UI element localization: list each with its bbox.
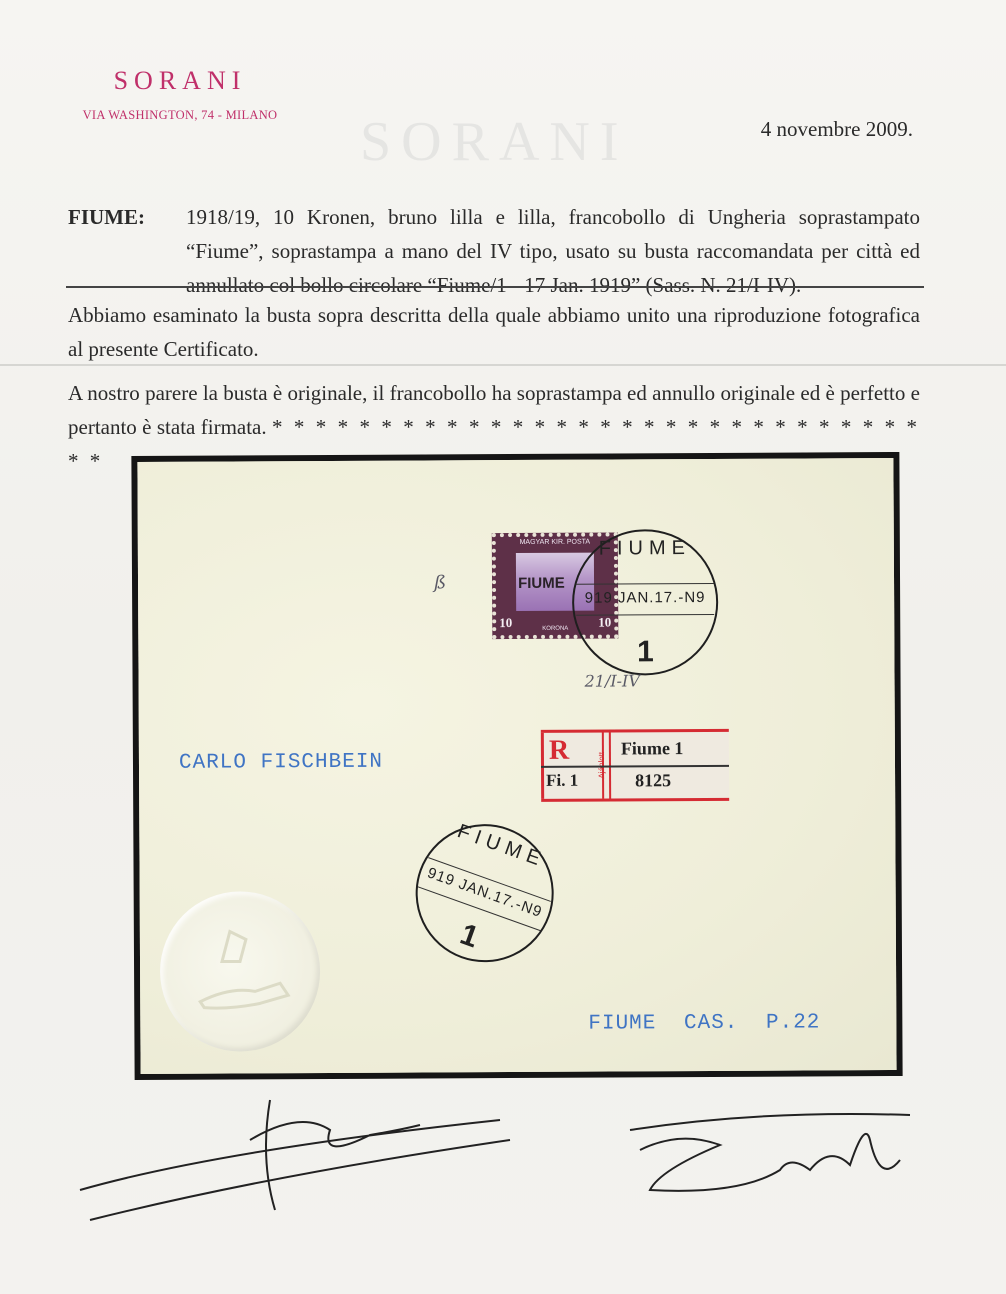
registration-letter: R	[549, 735, 569, 767]
examined-paragraph: Abbiamo esaminato la busta sopra descrit…	[68, 298, 920, 366]
postmark-city: FIUME	[574, 537, 716, 561]
label-office: Fiume 1	[621, 738, 684, 759]
certificate-sheet: SORANI VIA WASHINGTON, 74 - MILANO SORAN…	[0, 0, 1006, 1294]
label-number: 8125	[635, 770, 671, 791]
label-rule	[541, 765, 729, 767]
pencil-catalog-note: 21/I-IV	[585, 671, 640, 690]
description-label: FIUME:	[68, 200, 145, 234]
label-office-short: Fi. 1	[546, 771, 578, 791]
envelope: MAGYAR KIR. POSTA FIUME 10 10 KORONA FIU…	[137, 458, 896, 1074]
postmark-stamp: FIUME 919 JAN.17.-N9 1	[572, 529, 719, 676]
watermark: SORANI	[360, 110, 628, 174]
certificate-date: 4 novembre 2009.	[761, 117, 913, 142]
postmark-date: 919 JAN.17.-N9	[574, 589, 716, 607]
postmark-stamp-2: FIUME 919 JAN.17.-N9 1	[396, 805, 572, 981]
brand-name: SORANI	[80, 66, 280, 96]
signature-left	[70, 1080, 530, 1230]
signature-right	[620, 1100, 920, 1210]
sender-name: CARLO FISCHBEIN	[179, 751, 383, 775]
envelope-photo: MAGYAR KIR. POSTA FIUME 10 10 KORONA FIU…	[131, 452, 902, 1080]
embossed-seal-icon	[160, 891, 321, 1052]
brand-address: VIA WASHINGTON, 74 - MILANO	[80, 108, 280, 123]
postmark-office: 1	[574, 635, 716, 670]
rubber-stamp: FIUME CAS. P.22	[588, 1011, 820, 1035]
pencil-mark: ß	[434, 572, 446, 593]
divider	[66, 286, 924, 288]
registration-label: R Ajánlott Fiume 1 Fi. 1 8125	[541, 729, 729, 802]
stamp-overprint: FIUME	[518, 575, 565, 592]
